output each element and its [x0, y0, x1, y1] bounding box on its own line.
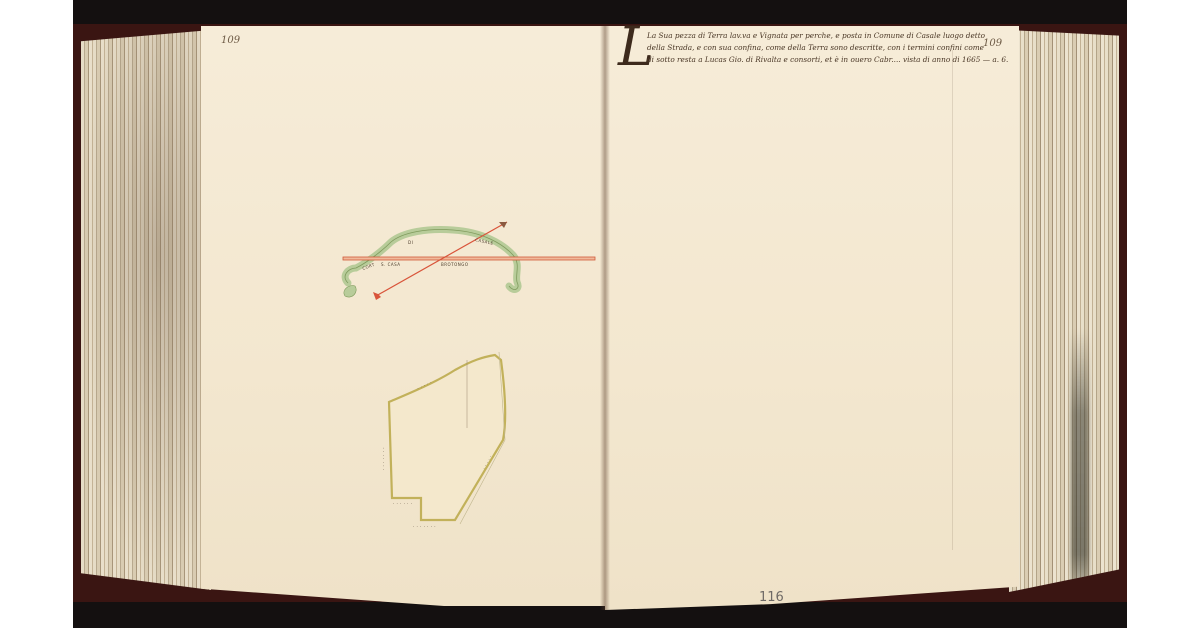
label-brotongo: BROTONGO — [441, 262, 469, 267]
photo-background: 109 109 L La Sua pezza di Terra lav.va e… — [73, 0, 1127, 628]
road-and-canal-sketch: CORT DI CASALE S. CASA BROTONGO — [343, 222, 595, 300]
label-s-casa: S. CASA — [381, 262, 400, 267]
label-di: DI — [408, 240, 413, 245]
archive-stamp-number: 116 — [759, 590, 784, 605]
svg-text:· · · · · ·: · · · · · · — [393, 501, 413, 506]
land-parcel-plan: · · · · · · · · · · · · · · · · · · · · … — [381, 352, 505, 529]
left-page-drawings: CORT DI CASALE S. CASA BROTONGO · · · · … — [73, 0, 1127, 628]
svg-text:· · · · · · ·: · · · · · · · — [413, 524, 436, 529]
svg-text:· · · · · · ·: · · · · · · · — [381, 447, 386, 470]
